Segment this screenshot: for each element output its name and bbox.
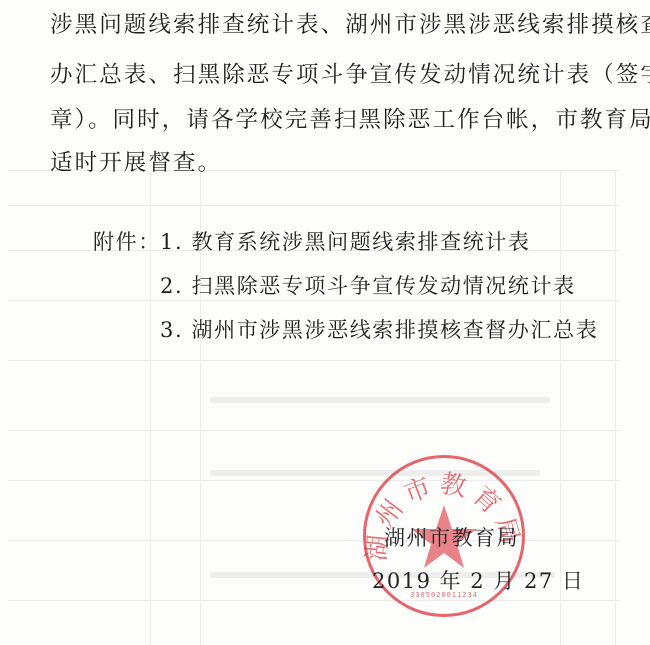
body-line-2: 办汇总表、扫黑除恶专项斗争宣传发动情况统计表（签字盖 <box>50 64 650 87</box>
issue-date: 2019 年 2 月 27 日 <box>372 565 584 595</box>
attachment-item-2: 2. 扫黑除恶专项斗争宣传发动情况统计表 <box>160 270 576 300</box>
attachment-item-3: 3. 湖州市涉黑涉恶线索排摸核查督办汇总表 <box>160 314 598 344</box>
issuer-name: 湖州市教育局 <box>384 522 519 552</box>
attachment-item-1: 1. 教育系统涉黑问题线索排查统计表 <box>160 226 531 256</box>
body-line-1: 涉黑问题线索排查统计表、湖州市涉黑涉恶线索排摸核查督 <box>50 14 650 37</box>
body-line-4: 适时开展督查。 <box>50 152 222 175</box>
attachments-label: 附件： <box>93 226 161 256</box>
body-line-3: 章）。同时，请各学校完善扫黑除恶工作台帐，市教育局将 <box>50 109 650 132</box>
